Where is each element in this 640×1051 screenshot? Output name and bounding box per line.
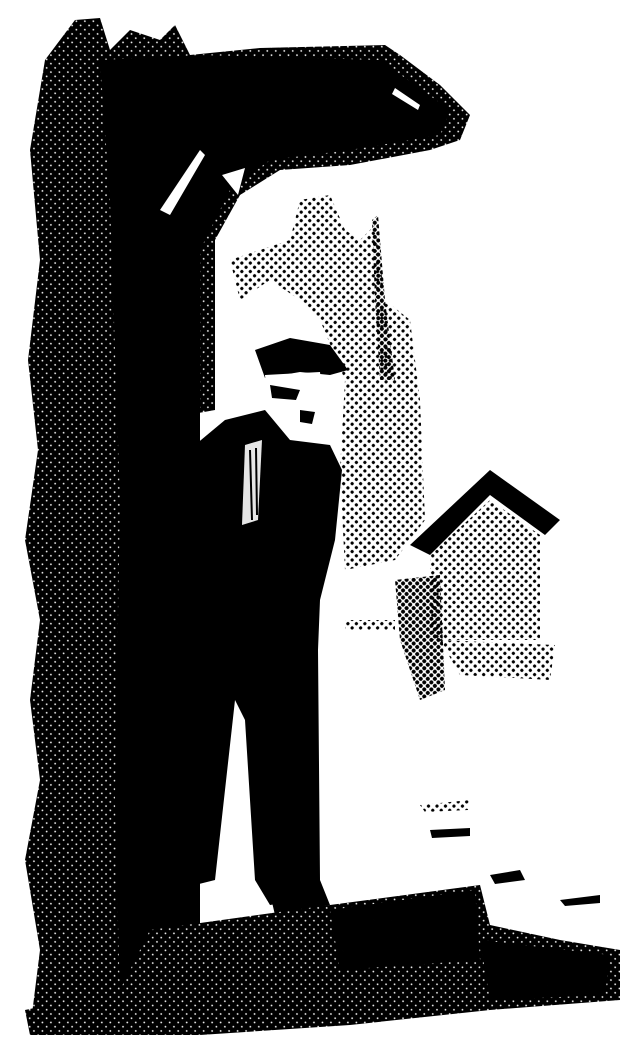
illustration — [0, 0, 640, 1051]
